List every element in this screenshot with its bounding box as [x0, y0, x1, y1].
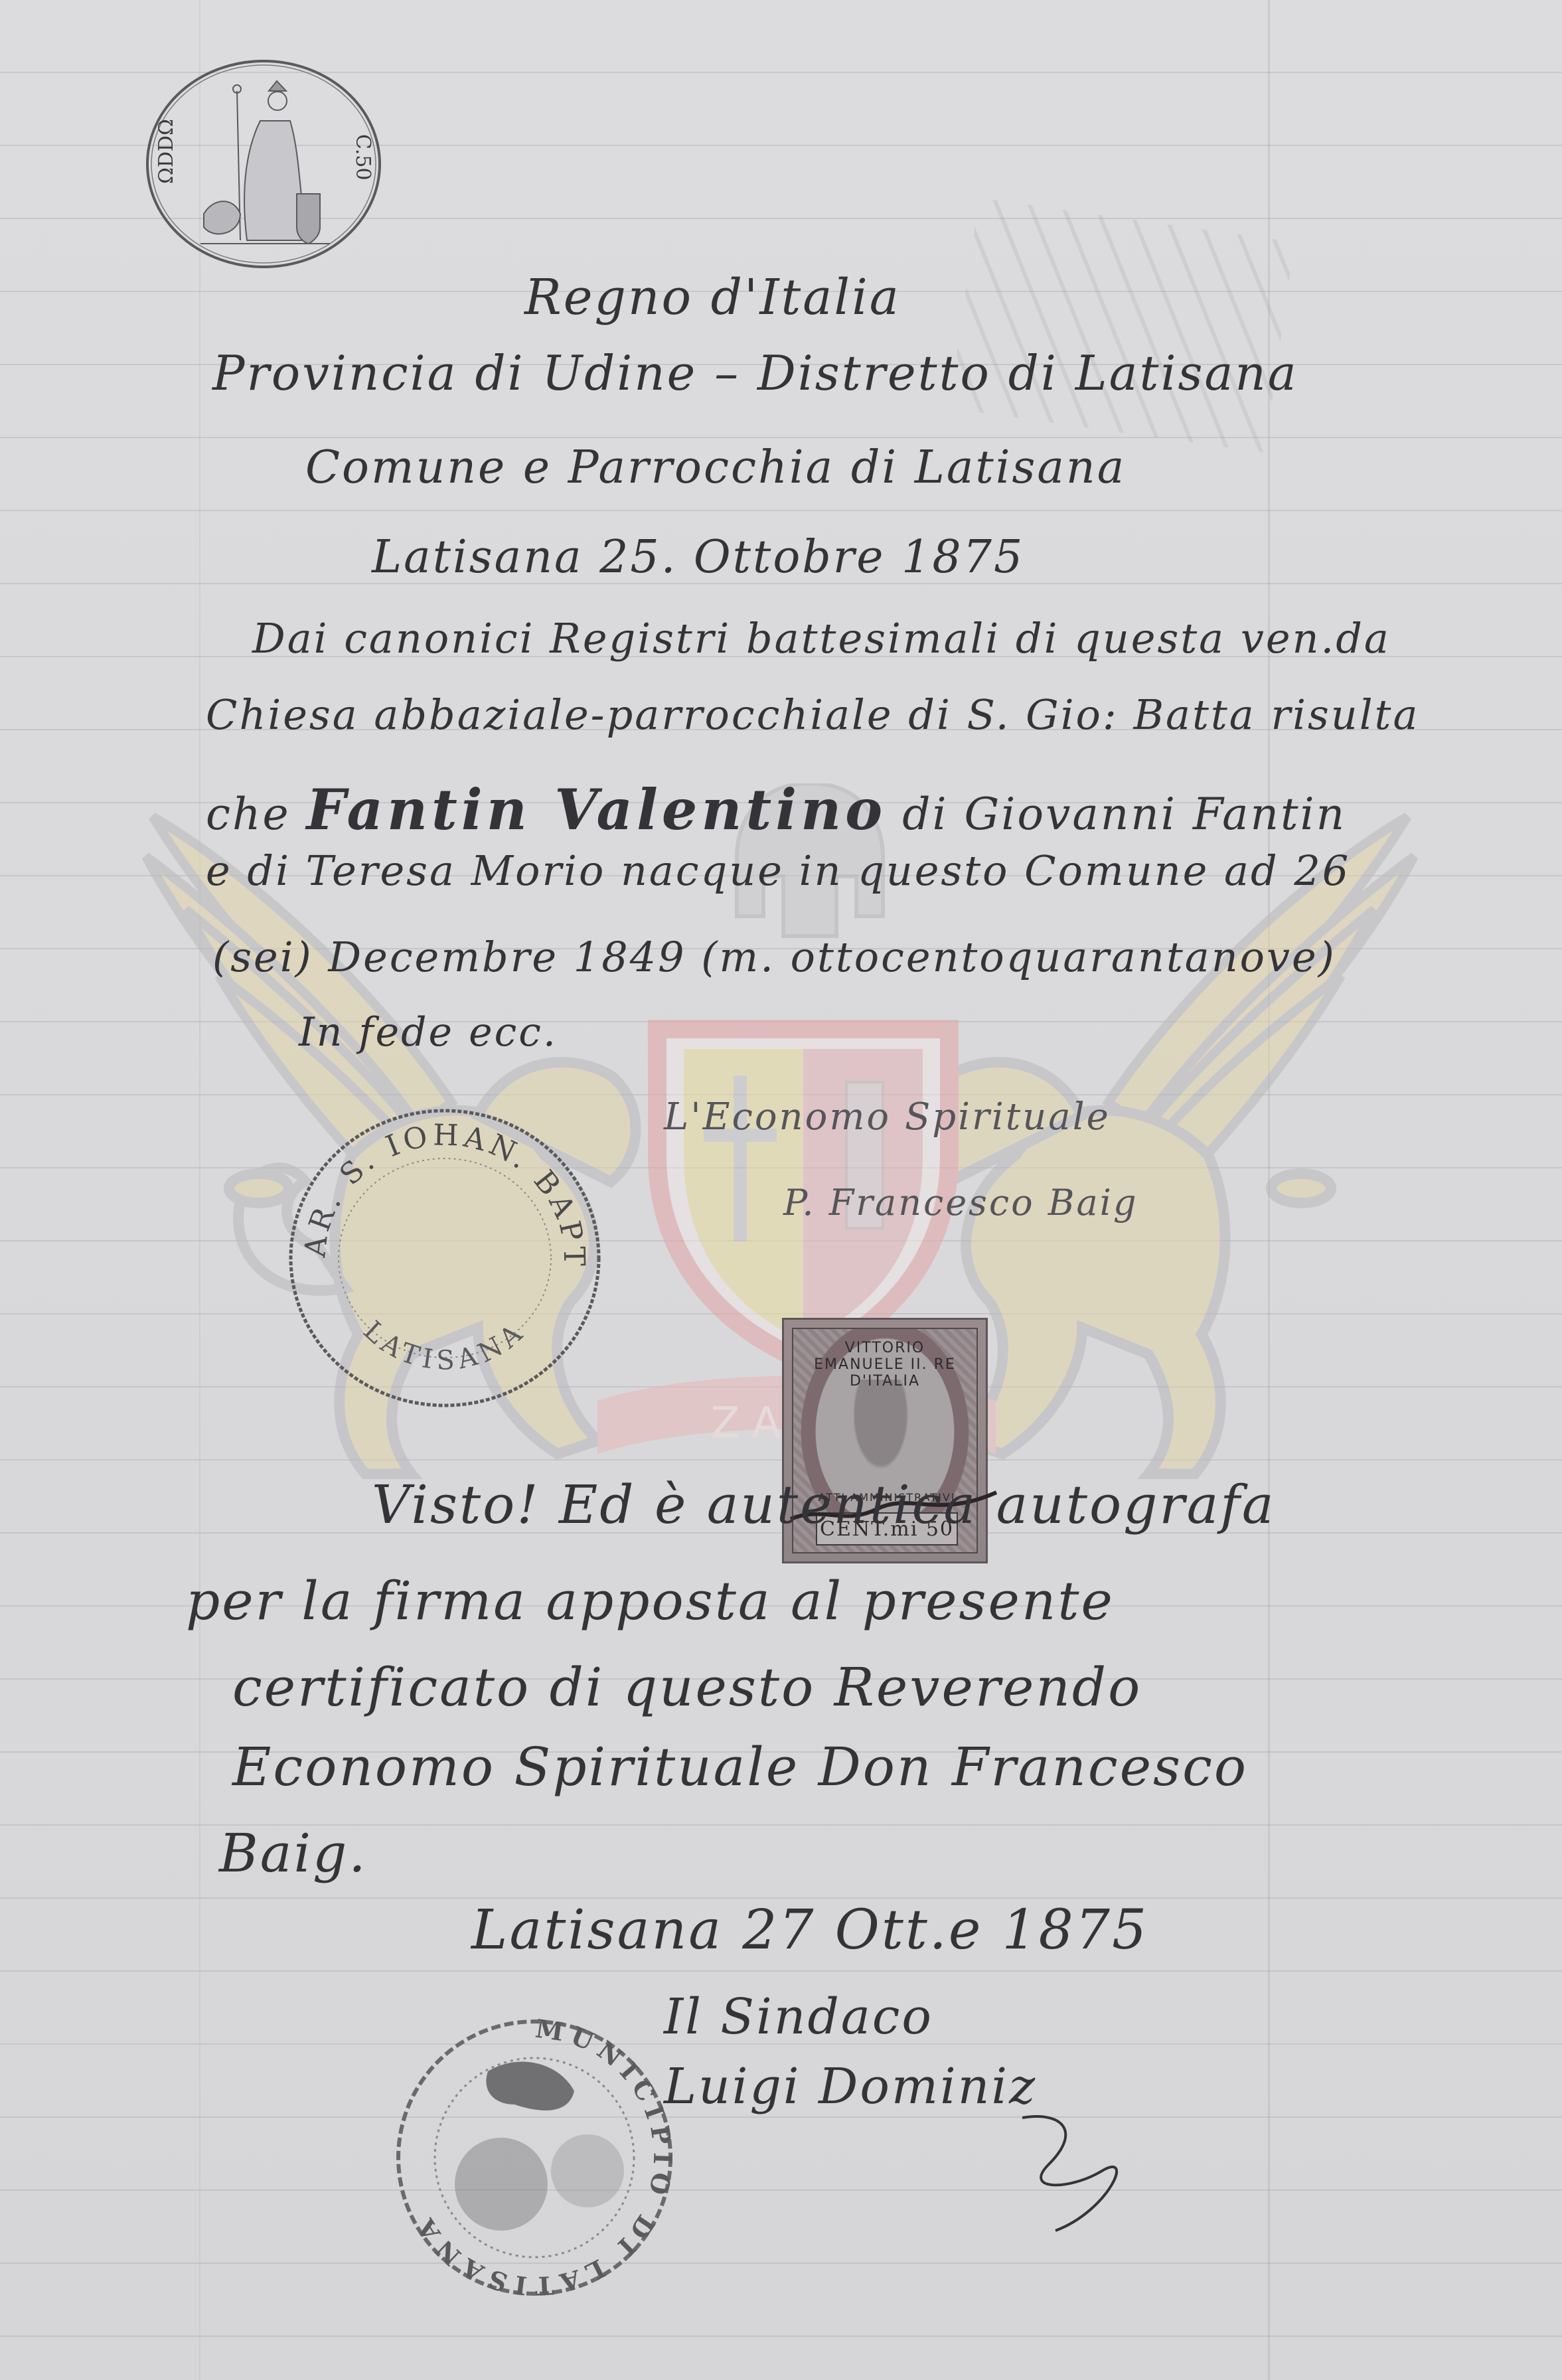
body-line-5: (sei) Decembre 1849 (m. ottocentoquarant… — [212, 933, 1336, 981]
legalization-line-4: Economo Spirituale Don Francesco — [232, 1736, 1248, 1798]
legalization-line-5: Baig. — [219, 1822, 368, 1884]
document-page: ZAMA ΩDDΩ C.50 Regno d'Italia Provincia … — [0, 0, 1562, 2380]
parish-stamp-icon: PAR. S. IOHAN. BAPT. LATISANA — [279, 1099, 611, 1417]
mayor-signature: Luigi Dominiz — [664, 2058, 1037, 2115]
body-line-3-prefix: che — [206, 789, 291, 840]
legalization-place-date: Latisana 27 Ott.e 1875 — [471, 1899, 1148, 1962]
comune-line: Comune e Parrocchia di Latisana — [305, 441, 1126, 494]
closing-formula: In fede ecc. — [299, 1009, 558, 1056]
bleed-through-writing — [949, 198, 1294, 453]
svg-text:LATISANA: LATISANA — [357, 1315, 532, 1376]
body-line-1: Dai canonici Registri battesimali di que… — [252, 614, 1391, 663]
legalization-line-1: Visto! Ed è autentica autografa — [372, 1474, 1276, 1536]
revenue-seal: ΩDDΩ C.50 — [141, 54, 386, 274]
stamp-legend: VITTORIO EMANUELE II. RE D'ITALIA — [799, 1340, 971, 1389]
signatory-name: P. Francesco Baig — [783, 1182, 1138, 1224]
body-line-4: e di Teresa Morio nacque in questo Comun… — [206, 846, 1350, 895]
province-line: Provincia di Udine – Distretto di Latisa… — [212, 345, 1298, 401]
body-line-3: che Fantin Valentino di Giovanni Fantin — [206, 777, 1346, 842]
legalization-line-3: certificato di questo Reverendo — [232, 1656, 1142, 1718]
svg-text:C.50: C.50 — [351, 134, 374, 181]
svg-text:ΩDDΩ: ΩDDΩ — [155, 119, 178, 184]
signatory-title: L'Economo Spirituale — [664, 1095, 1111, 1139]
municipal-stamp-icon: MUNICIPIO DI LATISANA — [388, 2012, 680, 2304]
document-title: Regno d'Italia — [524, 269, 901, 326]
italia-turrita-seal-icon: ΩDDΩ C.50 — [141, 54, 386, 274]
body-line-3-suffix: di Giovanni Fantin — [902, 789, 1346, 840]
mayor-title: Il Sindaco — [664, 1988, 933, 2045]
svg-text:MUNICIPIO DI LATISANA: MUNICIPIO DI LATISANA — [407, 2014, 678, 2302]
legalization-line-2: per la firma apposta al presente — [186, 1570, 1115, 1632]
svg-text:PAR. S. IOHAN. BAPT.: PAR. S. IOHAN. BAPT. — [279, 1099, 591, 1266]
body-line-2: Chiesa abbaziale-parrocchiale di S. Gio:… — [206, 690, 1419, 739]
signature-flourish-icon — [1009, 2104, 1208, 2237]
subject-name: Fantin Valentino — [307, 777, 887, 842]
king-portrait-icon — [854, 1380, 913, 1479]
left-margin-rule — [199, 0, 200, 2380]
issue-place-date: Latisana 25. Ottobre 1875 — [372, 531, 1024, 584]
